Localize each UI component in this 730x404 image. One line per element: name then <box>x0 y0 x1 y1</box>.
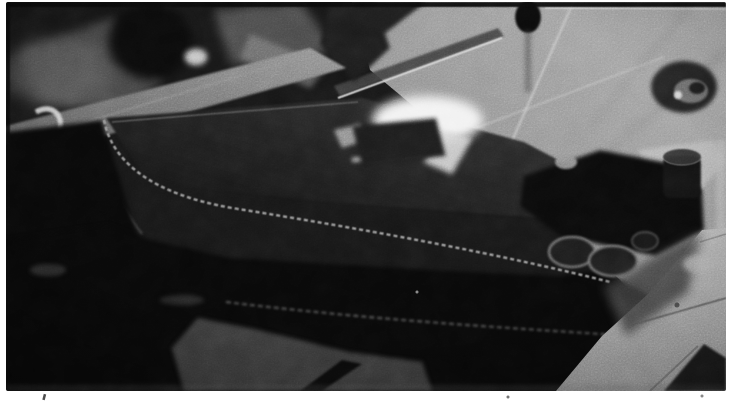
margin-speck <box>701 395 704 398</box>
print-mottle <box>6 2 726 391</box>
margin-speck <box>507 396 510 399</box>
photograph <box>0 0 730 404</box>
scanned-page <box>0 0 730 404</box>
